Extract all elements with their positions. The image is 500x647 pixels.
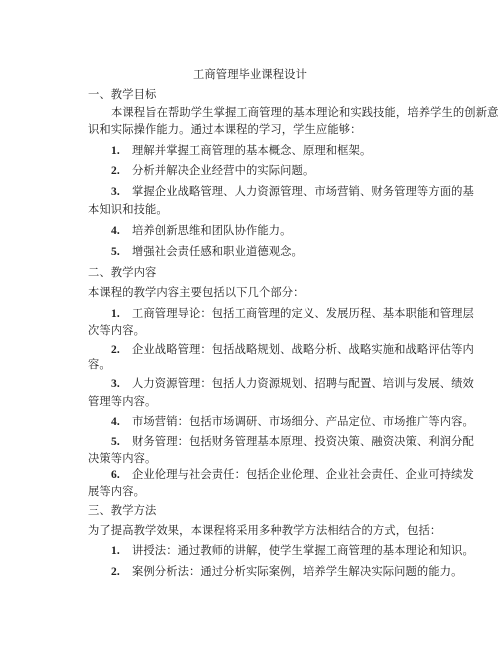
list-text-continuation: 管理等内容。 <box>88 395 156 409</box>
list-number: 3. <box>111 185 120 199</box>
list-text: 增强社会责任感和职业道德观念。 <box>132 245 303 259</box>
list-number: 1. <box>111 544 120 558</box>
section-heading: 二、教学内容 <box>88 266 156 280</box>
list-text-continuation: 决策等内容。 <box>88 452 156 466</box>
list-text: 企业战略管理：包括战略规划、战略分析、战略实施和战略评估等内 <box>132 343 474 357</box>
list-number: 2. <box>111 164 120 178</box>
list-text: 讲授法：通过教师的讲解，使学生掌握工商管理的基本理论和知识。 <box>132 544 474 558</box>
list-text-continuation: 容。 <box>88 358 111 372</box>
list-text: 理解并掌握工商管理的基本概念、原理和框架。 <box>132 144 371 158</box>
paragraph-line: 识和实际操作能力。通过本课程的学习，学生应能够： <box>88 123 362 137</box>
list-number: 2. <box>111 343 120 357</box>
list-number: 6. <box>111 468 120 482</box>
document-page: 工商管理毕业课程设计 一、教学目标 本课程旨在帮助学生掌握工商管理的基本理论和实… <box>0 0 500 647</box>
list-text-continuation: 展等内容。 <box>88 485 145 499</box>
list-text: 市场营销：包括市场调研、市场细分、产品定位、市场推广等内容。 <box>132 415 474 429</box>
list-text: 掌握企业战略管理、人力资源管理、市场营销、财务管理等方面的基 <box>132 185 474 199</box>
paragraph-line: 本课程的教学内容主要包括以下几个部分： <box>88 286 305 300</box>
list-number: 1. <box>111 144 120 158</box>
list-number: 3. <box>111 377 120 391</box>
list-number: 5. <box>111 245 120 259</box>
section-heading: 三、教学方法 <box>88 504 156 518</box>
paragraph-line: 为了提高教学效果，本课程将采用多种教学方法相结合的方式，包括： <box>88 524 441 538</box>
list-text: 财务管理：包括财务管理基本原理、投资决策、融资决策、利润分配 <box>132 435 474 449</box>
document-title: 工商管理毕业课程设计 <box>0 68 500 82</box>
list-number: 4. <box>111 224 120 238</box>
list-text: 人力资源管理：包括人力资源规划、招聘与配置、培训与发展、绩效 <box>132 377 474 391</box>
list-text-continuation: 次等内容。 <box>88 324 145 338</box>
list-text: 企业伦理与社会责任：包括企业伦理、企业社会责任、企业可持续发 <box>132 468 474 482</box>
section-heading: 一、教学目标 <box>88 88 156 102</box>
list-number: 5. <box>111 435 120 449</box>
list-number: 1. <box>111 307 120 321</box>
list-text: 分析并解决企业经营中的实际问题。 <box>132 164 314 178</box>
list-text: 案例分析法：通过分析实际案例，培养学生解决实际问题的能力。 <box>132 565 463 579</box>
paragraph-line: 本课程旨在帮助学生掌握工商管理的基本理论和实践技能，培养学生的创新意 <box>111 106 499 120</box>
list-number: 2. <box>111 565 120 579</box>
list-text: 工商管理导论：包括工商管理的定义、发展历程、基本职能和管理层 <box>132 307 474 321</box>
list-text-continuation: 本知识和技能。 <box>88 203 168 217</box>
list-number: 4. <box>111 415 120 429</box>
list-text: 培养创新思维和团队协作能力。 <box>132 224 292 238</box>
